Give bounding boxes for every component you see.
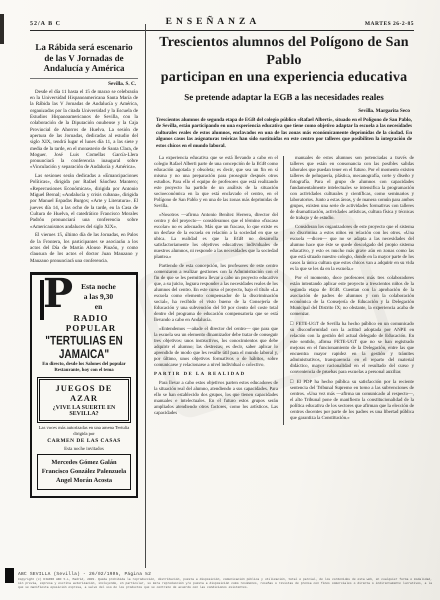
- main-headline-line1: Trescientos alumnos del Polígono de San …: [154, 34, 414, 69]
- left-article-paragraph: Las sesiones serán dedicadas a «Emancipa…: [30, 174, 138, 231]
- news-brief: □El PDP ha hecho pública su satisfacción…: [290, 379, 414, 422]
- news-brief-text: FETE-UGT de Sevilla ha hecho público en …: [290, 322, 414, 375]
- square-bullet-icon: □: [290, 379, 295, 385]
- body-paragraph: manuales de estos alumnos son potenciada…: [290, 156, 414, 222]
- ad-guest: Francisco González Palenzuela: [40, 468, 128, 477]
- body-paragraph: La experiencia educativa que se está lle…: [154, 156, 278, 210]
- left-article-paragraph: El viernes 15, último día de las Jornada…: [30, 233, 138, 264]
- crosshead: PARTIR DE LA REALIDAD: [154, 372, 278, 378]
- main-headline-line2: participan en una experiencia educativa: [154, 69, 414, 87]
- ad-intro-text: En directo, desde los Salones del popula…: [39, 362, 129, 374]
- ad-programme-title: "TERTULIAS EN JAMAICA": [36, 334, 132, 362]
- ad-guest: Mercedes Gómez Galán: [40, 459, 128, 468]
- left-article-headline: La Rábida será escenario de las V Jornad…: [30, 40, 138, 79]
- ad-guest: Angel Morán Acosta: [40, 477, 128, 486]
- left-article-body: Desde el día 11 hasta el 15 de marzo se …: [30, 90, 138, 265]
- scan-artifact-top: [0, 14, 4, 44]
- ad-host-name: CARMEN DE LAS CASAS: [36, 438, 132, 444]
- footer-copyright: Copyright (c) DIARIO ABC S.L, Madrid, 20…: [18, 578, 432, 589]
- main-lead-paragraph: Trescientos alumnos de segunda etapa de …: [156, 118, 412, 151]
- ad-topic-question: ¿VIVE LA SUERTE EN SEVILLA?: [42, 405, 126, 417]
- footer-source-line: ABC SEVILLA (Sevilla) - 26/02/1985, Pági…: [18, 572, 432, 577]
- radio-popular-ad: P Esta noche a las 9,30 en RADIO POPULAR…: [30, 272, 138, 498]
- ad-topic-box: JUEGOS DE AZAR ¿VIVE LA SUERTE EN SEVILL…: [39, 379, 129, 421]
- logo-letter: P: [43, 274, 73, 314]
- body-paragraph: Consideran los organizadores de este pro…: [290, 225, 414, 273]
- main-headline: Trescientos alumnos del Polígono de San …: [154, 34, 414, 87]
- newspaper-page: 52/A B C ENSEÑANZA MARTES 26-2-85 La Ráb…: [0, 0, 440, 600]
- article-columns: La experiencia educativa que se está lle…: [154, 156, 414, 425]
- ad-topic-title: JUEGOS DE AZAR: [42, 383, 126, 403]
- ad-guests-label: Esta noche invitados: [36, 447, 132, 452]
- ad-schedule-line: en: [65, 302, 132, 312]
- ad-host-intro: Las voces más autorizadas en una amena T…: [38, 425, 130, 437]
- ad-schedule-line: a las 9,30: [65, 292, 132, 302]
- left-column: La Rábida será escenario de las V Jornad…: [30, 24, 146, 568]
- left-article-paragraph: Desde el día 11 hasta el 15 de marzo se …: [30, 90, 138, 172]
- article-column-1: La experiencia educativa que se está lle…: [154, 156, 283, 425]
- scan-artifact-bottom: [5, 568, 14, 583]
- main-subhead: Se pretende adaptar la EGB a las necesid…: [154, 92, 414, 102]
- ad-schedule: Esta noche a las 9,30 en: [65, 280, 132, 312]
- article-column-2: manuales de estos alumnos son potenciada…: [283, 156, 414, 425]
- news-brief-text: El PDP ha hecho pública su satisfacción …: [290, 380, 414, 421]
- ad-schedule-line: Esta noche: [65, 282, 132, 292]
- ad-guests-box: Mercedes Gómez Galán Francisco González …: [37, 454, 131, 490]
- page-content: La Rábida será escenario de las V Jornad…: [30, 24, 414, 568]
- body-paragraph: Para llevar a cabo estos objetivos parte…: [154, 381, 278, 417]
- main-article: Trescientos alumnos del Polígono de San …: [146, 24, 414, 568]
- body-paragraph: Partiendo de esta concepción, los profes…: [154, 264, 278, 324]
- news-brief: □FETE-UGT de Sevilla ha hecho público en…: [290, 321, 414, 376]
- archive-footer: ABC SEVILLA (Sevilla) - 26/02/1985, Pági…: [18, 572, 432, 589]
- body-paragraph: «Nosotros —afirma Antonio Benítez Herrer…: [154, 213, 278, 261]
- newspaper-scan-page: { "colors": { "paper": "#f8f6f1", "ink":…: [0, 0, 440, 600]
- body-paragraph: Por el momento, doce profesores más tres…: [290, 276, 414, 318]
- main-byline: Sevilla. Margarita Seco: [154, 108, 410, 114]
- square-bullet-icon: □: [290, 321, 294, 327]
- body-paragraph: «Entendemos —añade el director del centr…: [154, 327, 278, 369]
- radio-popular-logo-icon: P: [36, 280, 62, 320]
- left-article-byline: Sevilla. S. C.: [30, 81, 136, 87]
